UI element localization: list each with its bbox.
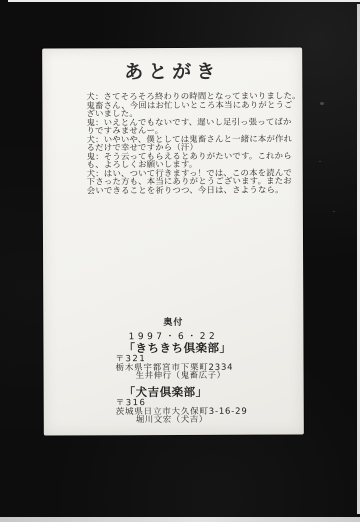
scanned-page-photo: あとがき 犬：さてそろそろ終わりの時間となってまいりました。 鬼畜さん、今回はお… <box>0 0 360 522</box>
colophon-header: 奥付 1997・6・22 <box>43 314 303 342</box>
circle-name: 「犬吉倶楽部」 <box>124 388 248 397</box>
scan-edge-top <box>8 0 360 2</box>
paper-page: あとがき 犬：さてそろそろ終わりの時間となってまいりました。 鬼畜さん、今回はお… <box>42 47 304 435</box>
scan-dust-speck <box>320 102 324 105</box>
afterword-text: 犬：さてそろそろ終わりの時間となってまいりました。 鬼畜さん、今回はお忙しいとこ… <box>86 91 304 194</box>
circle-block-inukichi: 「犬吉倶楽部」 〒316 茨城県日立市大久保町3-16-29 堀川文宏（犬吉） <box>116 388 248 426</box>
circle-block-kichikichi: 「きちきち倶楽部」 〒321 栃木県宇都宮市下栗町2334 生井伸行（鬼畜広子） <box>115 344 233 382</box>
colophon-heading: 奥付 <box>43 314 303 328</box>
scan-edge-bottom <box>0 517 360 522</box>
circle-person: 生井伸行（鬼畜広子） <box>136 372 234 381</box>
circle-name: 「きちきち倶楽部」 <box>123 344 233 353</box>
circle-person: 堀川文宏（犬吉） <box>136 416 248 425</box>
page-title: あとがき <box>42 56 302 84</box>
